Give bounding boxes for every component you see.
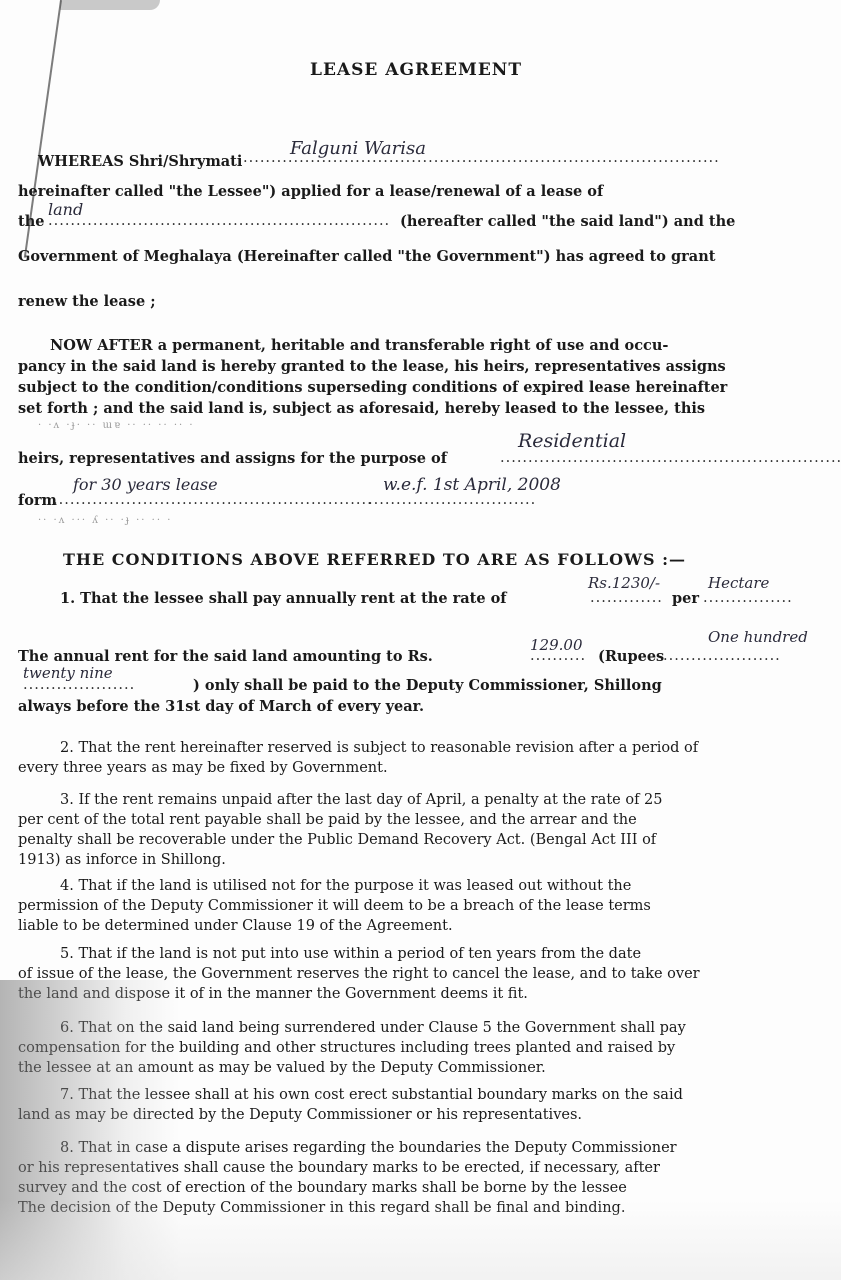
rent-rate-dots: ............. bbox=[590, 590, 663, 606]
preamble-line-2: hereinafter called "the Lessee") applied… bbox=[18, 183, 603, 200]
condition-5-line: 5. That if the land is not put into use … bbox=[18, 944, 818, 964]
condition-7-line: 7. That the lessee shall at his own cost… bbox=[18, 1085, 818, 1105]
condition-3-line: 1913) as inforce in Shillong. bbox=[18, 850, 818, 870]
condition-8-line: or his representatives shall cause the b… bbox=[18, 1158, 818, 1178]
condition-1-text: 1. That the lessee shall pay annually re… bbox=[60, 590, 507, 607]
document-title: LEASE AGREEMENT bbox=[310, 60, 522, 80]
lessee-name-dots: ........................................… bbox=[243, 150, 720, 166]
rupees-words-2-dots: .................... bbox=[23, 677, 135, 693]
condition-3-line: per cent of the total rent payable shall… bbox=[18, 810, 818, 830]
bleed-through-text: · ·ʌ ·ɟ· ·· ɯɐ ·· ·· ·· ·· · bbox=[38, 420, 195, 431]
condition-6: 6. That on the said land being surrender… bbox=[18, 1018, 818, 1078]
now-after-line-3: subject to the condition/conditions supe… bbox=[18, 379, 727, 396]
condition-8-line: survey and the cost of erection of the b… bbox=[18, 1178, 818, 1198]
condition-3-line: penalty shall be recoverable under the P… bbox=[18, 830, 818, 850]
now-after-line-2: pancy in the said land is hereby granted… bbox=[18, 358, 726, 375]
preamble-line-3-tail: (hereafter called "the said land") and t… bbox=[400, 213, 735, 230]
condition-4-line: liable to be determined under Clause 19 … bbox=[18, 916, 818, 936]
preamble-line-4: Government of Meghalaya (Hereinafter cal… bbox=[18, 248, 715, 265]
condition-5: 5. That if the land is not put into use … bbox=[18, 944, 818, 1004]
purpose-label: heirs, representatives and assigns for t… bbox=[18, 450, 447, 467]
now-after-line-1: NOW AFTER a permanent, heritable and tra… bbox=[50, 337, 668, 354]
land-description-dots: ........................................… bbox=[48, 213, 390, 229]
conditions-heading: THE CONDITIONS ABOVE REFERRED TO ARE AS … bbox=[63, 550, 686, 569]
condition-7-line: land as may be directed by the Deputy Co… bbox=[18, 1105, 818, 1125]
rupees-words-dots: ..................... bbox=[663, 648, 781, 664]
whereas-label: WHEREAS Shri/Shrymati bbox=[38, 153, 242, 170]
condition-7: 7. That the lessee shall at his own cost… bbox=[18, 1085, 818, 1125]
term-label: form bbox=[18, 492, 57, 509]
annual-rent-line-2: ) only shall be paid to the Deputy Commi… bbox=[193, 677, 662, 694]
rupees-label: (Rupees bbox=[598, 648, 664, 665]
bleed-through-text-2: ·· ·ʌ ··· ʎ ·· ·ɟ ·· ·· · bbox=[38, 515, 172, 526]
condition-6-line: compensation for the building and other … bbox=[18, 1038, 818, 1058]
condition-2: 2. That the rent hereinafter reserved is… bbox=[18, 738, 818, 778]
annual-rent-line-3: always before the 31st day of March of e… bbox=[18, 698, 424, 715]
annual-rent-dots: .......... bbox=[530, 648, 586, 664]
condition-5-line: the land and dispose it of in the manner… bbox=[18, 984, 818, 1004]
rupees-words-1: One hundred bbox=[708, 628, 808, 646]
condition-8: 8. That in case a dispute arises regardi… bbox=[18, 1138, 818, 1218]
effective-date-dots: .............................. bbox=[368, 492, 536, 508]
condition-2-line: every three years as may be fixed by Gov… bbox=[18, 758, 818, 778]
page-corner-fold bbox=[60, 0, 160, 10]
condition-8-line: 8. That in case a dispute arises regardi… bbox=[18, 1138, 818, 1158]
condition-3: 3. If the rent remains unpaid after the … bbox=[18, 790, 818, 870]
per-unit-dots: ................ bbox=[703, 590, 793, 606]
purpose-dots: ........................................… bbox=[500, 450, 841, 466]
now-after-line-4: set forth ; and the said land is, subjec… bbox=[18, 400, 705, 417]
purpose-value: Residential bbox=[518, 430, 626, 452]
condition-6-line: the lessee at an amount as may be valued… bbox=[18, 1058, 818, 1078]
condition-6-line: 6. That on the said land being surrender… bbox=[18, 1018, 818, 1038]
term-dots: ........................................… bbox=[53, 492, 373, 508]
annual-rent-prefix: The annual rent for the said land amount… bbox=[18, 648, 433, 665]
condition-4-line: permission of the Deputy Commissioner it… bbox=[18, 896, 818, 916]
per-label: per bbox=[672, 590, 699, 607]
preamble-line-5: renew the lease ; bbox=[18, 293, 156, 310]
condition-3-line: 3. If the rent remains unpaid after the … bbox=[18, 790, 818, 810]
condition-8-line: The decision of the Deputy Commissioner … bbox=[18, 1198, 818, 1218]
condition-5-line: of issue of the lease, the Government re… bbox=[18, 964, 818, 984]
the-label: the bbox=[18, 213, 44, 230]
condition-2-line: 2. That the rent hereinafter reserved is… bbox=[18, 738, 818, 758]
condition-4-line: 4. That if the land is utilised not for … bbox=[18, 876, 818, 896]
condition-4: 4. That if the land is utilised not for … bbox=[18, 876, 818, 936]
